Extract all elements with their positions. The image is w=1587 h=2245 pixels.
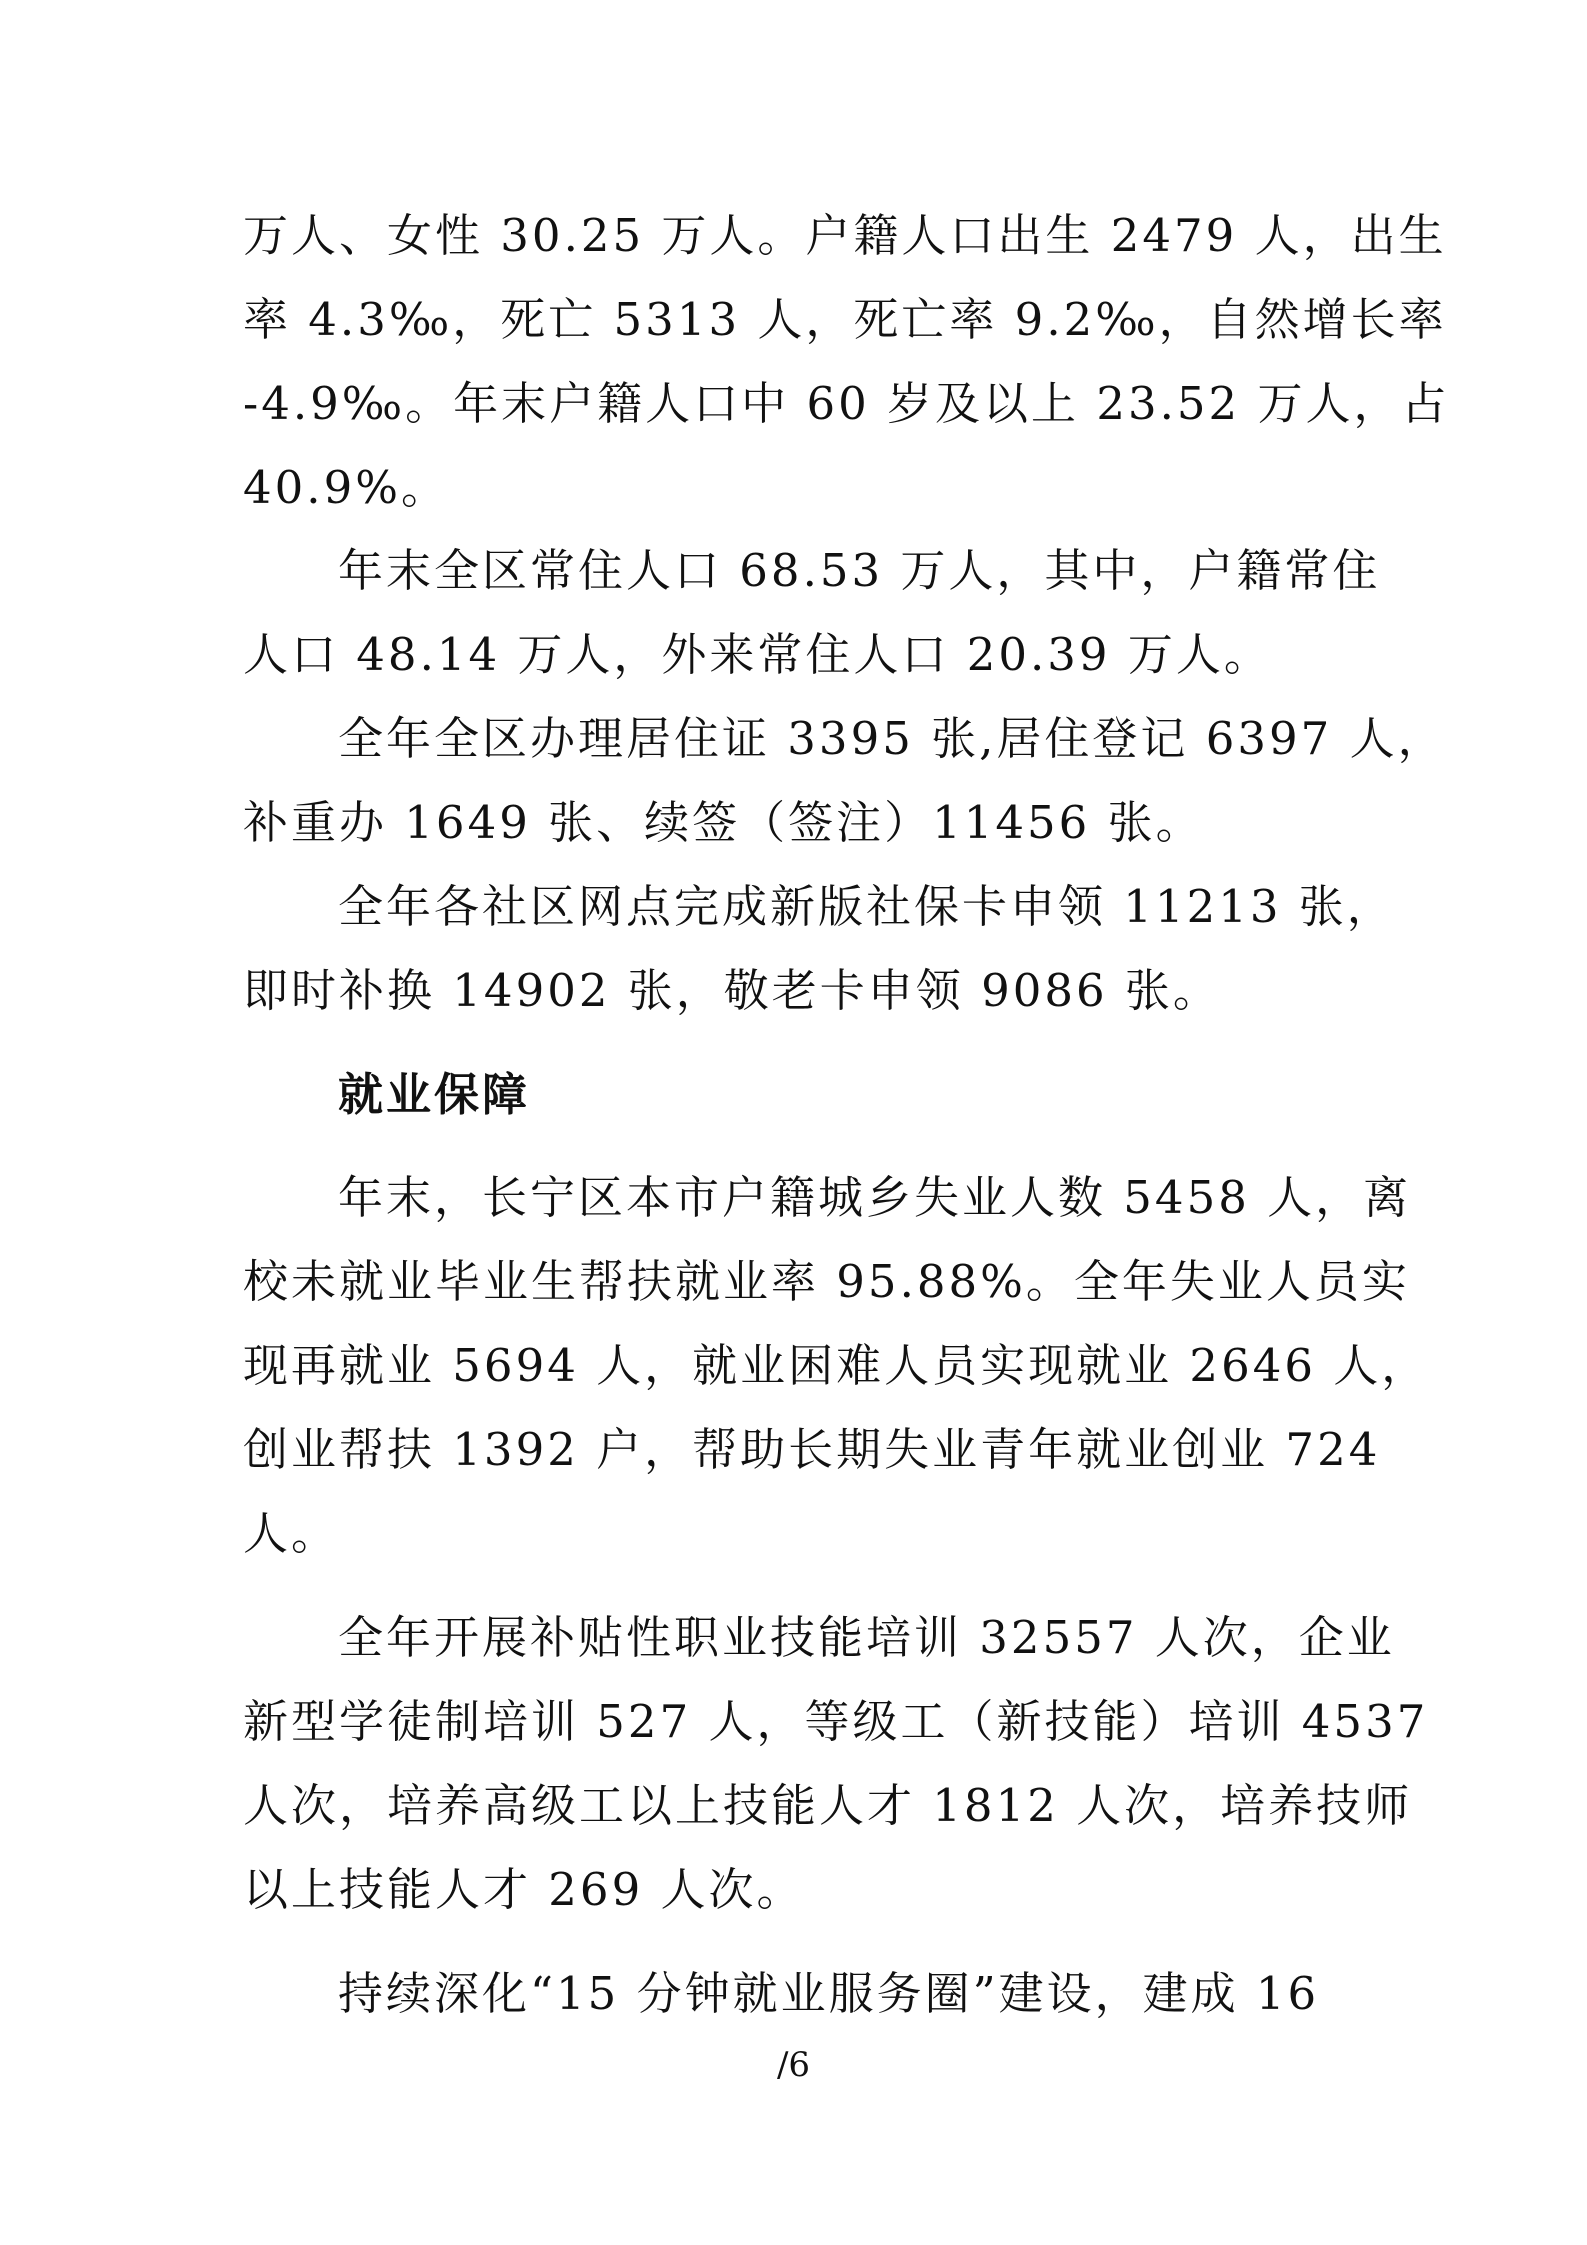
text-line: -4.9‰。年末户籍人口中 60 岁及以上 23.52 万人，占 <box>243 374 1449 434</box>
text-line: 现再就业 5694 人，就业困难人员实现就业 2646 人， <box>243 1336 1429 1396</box>
paragraph-start: 全年开展补贴性职业技能培训 32557 人次，企业 <box>338 1608 1395 1668</box>
text-line: 创业帮扶 1392 户，帮助长期失业青年就业创业 724 <box>243 1420 1380 1480</box>
text-line: 即时补换 14902 张，敬老卡申领 9086 张。 <box>243 961 1221 1021</box>
text-line: 新型学徒制培训 527 人，等级工（新技能）培训 4537 <box>243 1692 1428 1752</box>
text-line: 以上技能人才 269 人次。 <box>243 1860 805 1920</box>
text-line: 人。 <box>243 1504 339 1564</box>
text-line: 人次，培养高级工以上技能人才 1812 人次，培养技师 <box>243 1776 1412 1836</box>
text-line: 万人、女性 30.25 万人。户籍人口出生 2479 人，出生 <box>243 206 1447 266</box>
text-line: 补重办 1649 张、续签（签注）11456 张。 <box>243 793 1204 853</box>
page-number: /6 <box>0 2045 1587 2085</box>
text-line: 率 4.3‰，死亡 5313 人，死亡率 9.2‰，自然增长率 <box>243 290 1447 350</box>
paragraph-start: 持续深化“15 分钟就业服务圈”建设，建成 16 <box>338 1964 1319 2024</box>
paragraph-start: 全年各社区网点完成新版社保卡申领 11213 张， <box>338 877 1395 937</box>
text-line: 校未就业毕业生帮扶就业率 95.88%。全年失业人员实 <box>243 1252 1410 1312</box>
paragraph-start: 全年全区办理居住证 3395 张,居住登记 6397 人， <box>338 709 1446 769</box>
section-heading: 就业保障 <box>338 1065 530 1125</box>
paragraph-start: 年末全区常住人口 68.53 万人，其中，户籍常住 <box>338 541 1380 601</box>
text-line: 40.9%。 <box>243 458 449 518</box>
paragraph-start: 年末，长宁区本市户籍城乡失业人数 5458 人，离 <box>338 1168 1411 1228</box>
text-line: 人口 48.14 万人，外来常住人口 20.39 万人。 <box>243 625 1272 685</box>
document-page: 万人、女性 30.25 万人。户籍人口出生 2479 人，出生 率 4.3‰，死… <box>0 0 1587 2245</box>
